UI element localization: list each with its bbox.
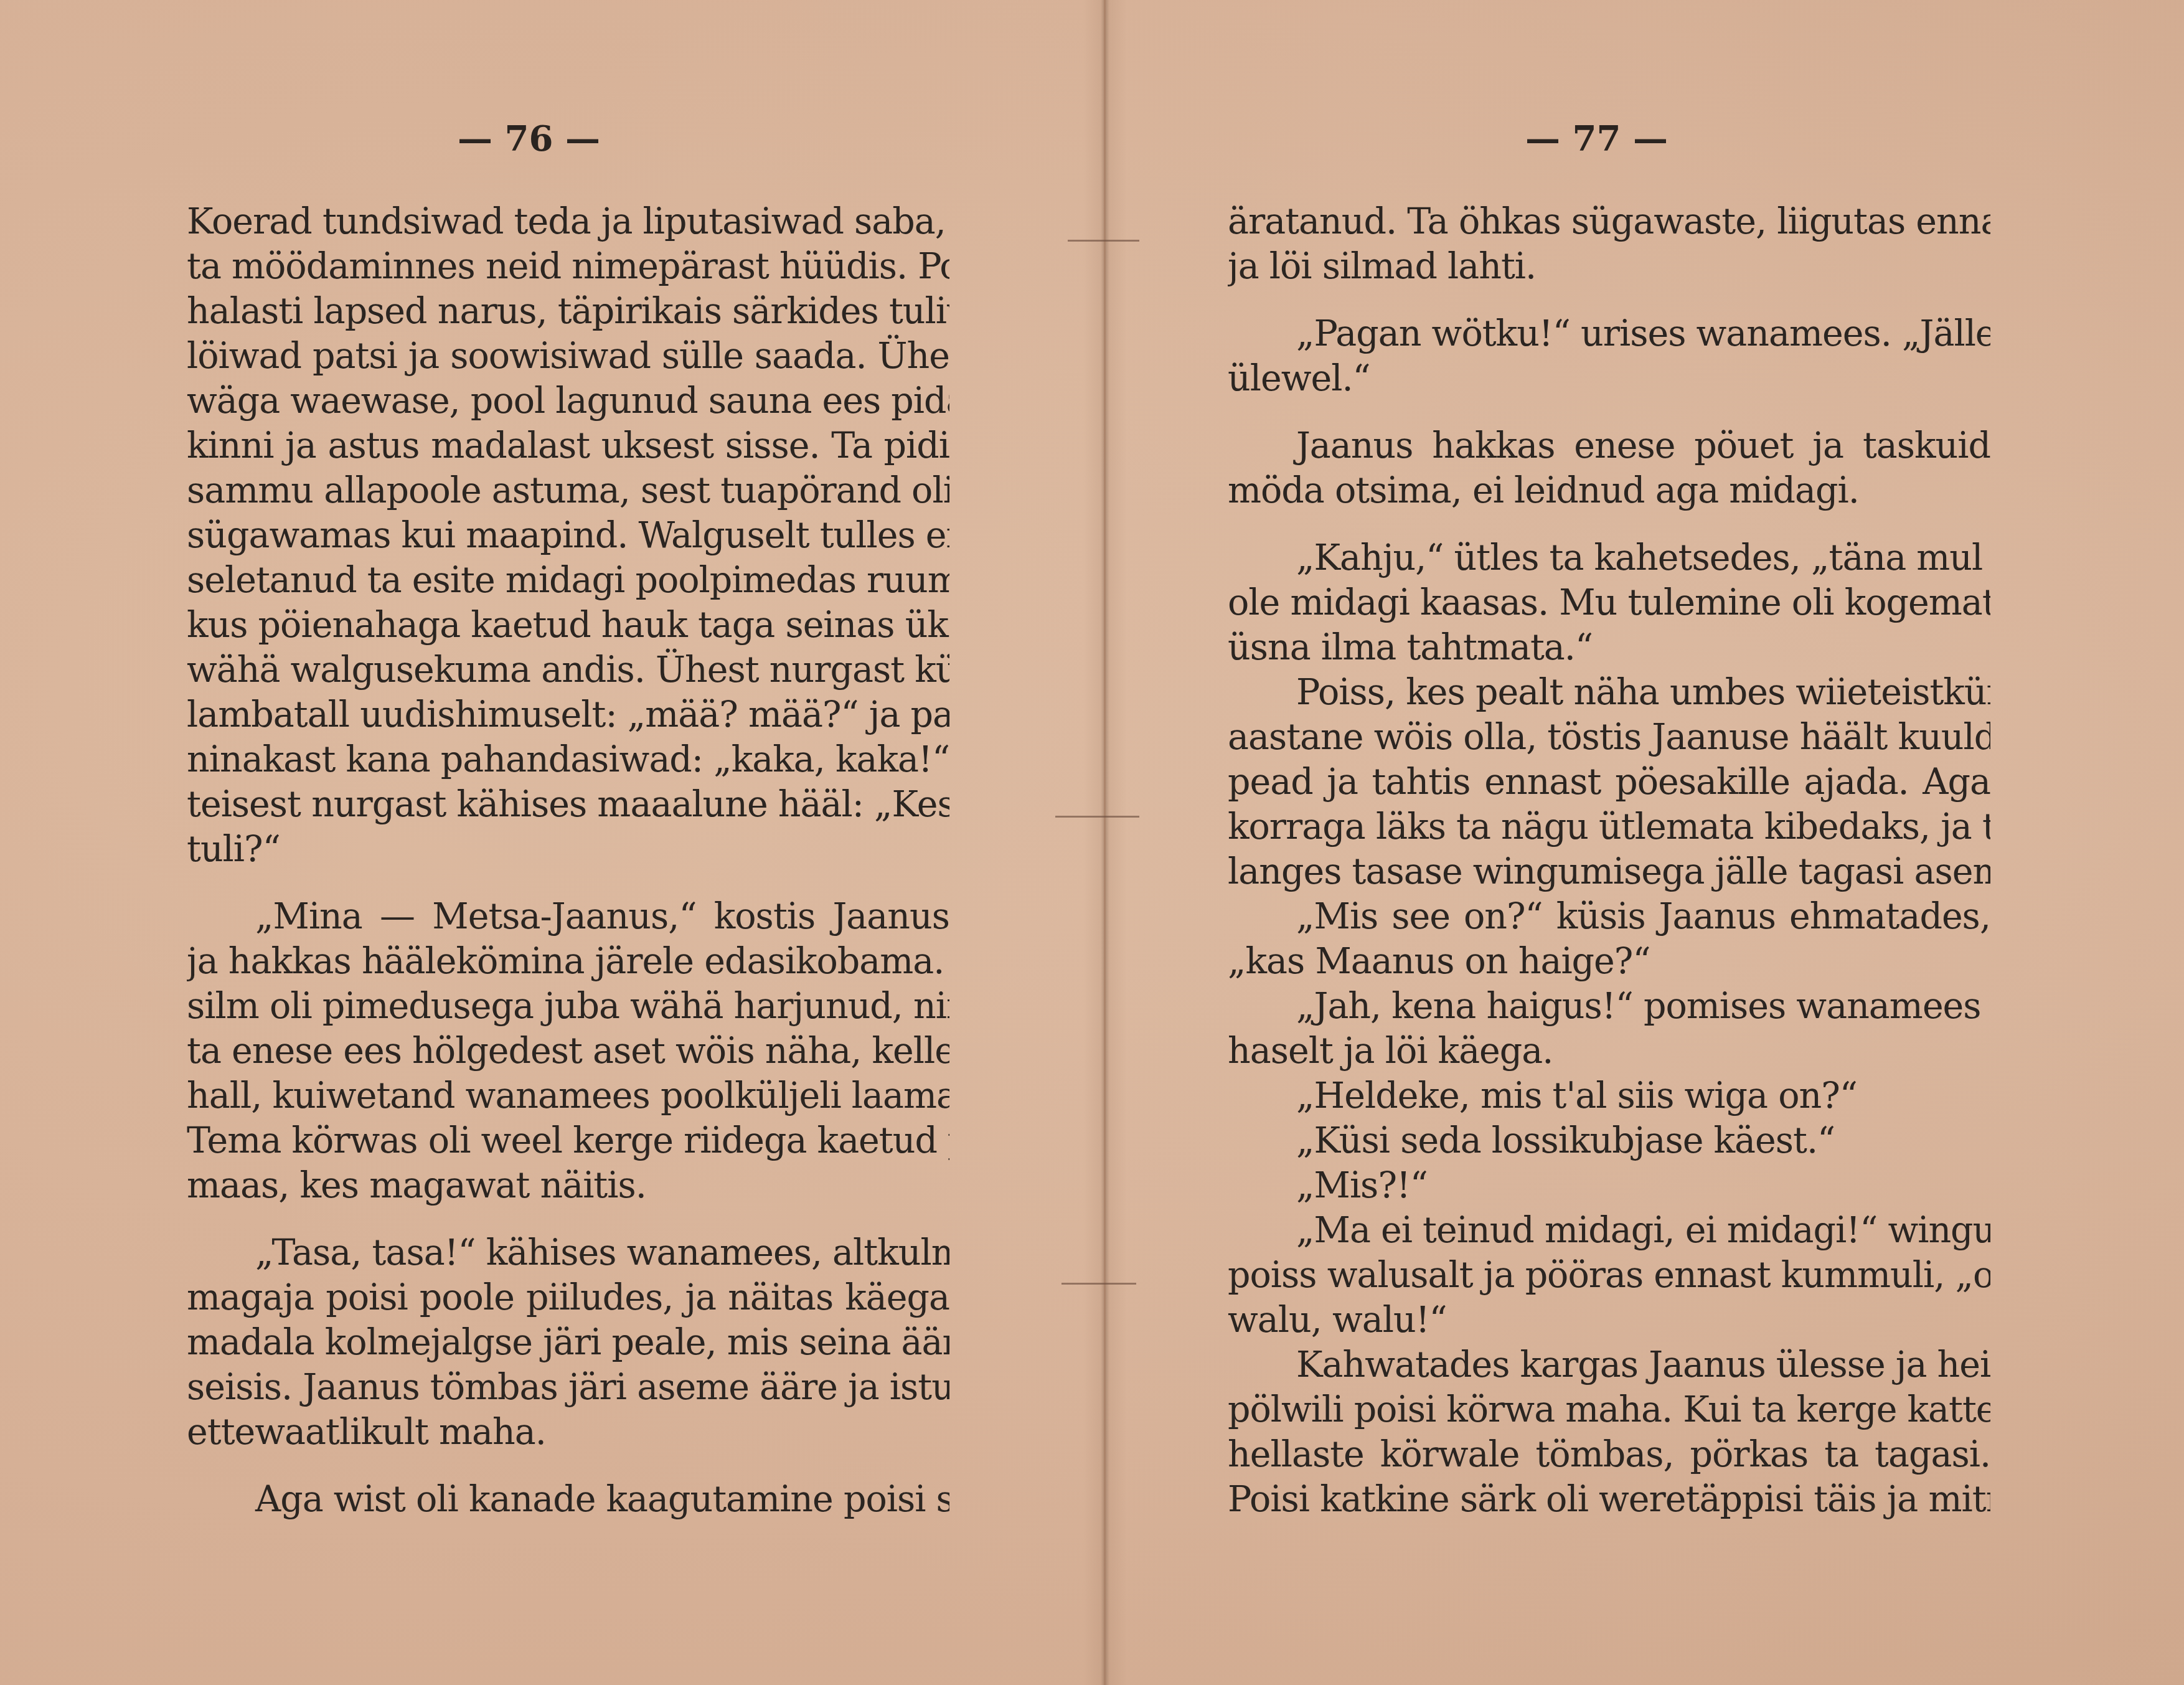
text-line: äratanud. Ta öhkas sügawaste, liigutas e… <box>1228 199 1990 244</box>
text-line: „Pagan wötku!“ urises wanamees. „Jälle <box>1228 311 1990 356</box>
text-line: Aga wist oli kanade kaagutamine poisi si… <box>187 1477 949 1522</box>
paragraph-gap <box>1228 289 1990 311</box>
text-line: sügawamas kui maapind. Walguselt tulles … <box>187 513 949 558</box>
right-page: — 77 — äratanud. Ta öhkas sügawaste, lii… <box>1127 0 2184 1685</box>
text-line: möda otsima, ei leidnud aga midagi. <box>1228 468 1990 513</box>
text-line: maas, kes magawat näitis. <box>187 1163 949 1208</box>
text-line: halasti lapsed narus, täpirikais särkide… <box>187 289 949 334</box>
text-line: silm oli pimedusega juba wähä harjunud, … <box>187 984 949 1029</box>
page-number: — 77 — <box>1525 118 1668 159</box>
text-line: üsna ilma tahtmata.“ <box>1228 625 1990 670</box>
text-line: tuli?“ <box>187 827 949 872</box>
text-line: „Tasa, tasa!“ kähises wanamees, altkulmu <box>187 1230 949 1275</box>
text-line: hall, kuiwetand wanamees poolküljeli laa… <box>187 1074 949 1118</box>
text-line: ja hakkas häälekömina järele edasikobama… <box>187 939 949 984</box>
text-line: Tema körwas oli weel kerge riidega kaetu… <box>187 1118 949 1163</box>
paragraph-gap <box>187 872 949 894</box>
left-page: — 76 — Koerad tundsiwad teda ja liputasi… <box>0 0 1083 1685</box>
text-line: „Ma ei teinud midagi, ei midagi!“ wingus <box>1228 1208 1990 1253</box>
text-line: „Kahju,“ ütles ta kahetsedes, „täna mul … <box>1228 536 1990 580</box>
text-line: kus pöienahaga kaetud hauk taga seinas ü… <box>187 603 949 648</box>
text-line: ta möödaminnes neid nimepärast hüüdis. P… <box>187 244 949 289</box>
text-line: „Küsi seda lossikubjase käest.“ <box>1228 1118 1990 1163</box>
text-line: lambatall uudishimuselt: „mää? mää?“ ja … <box>187 692 949 737</box>
text-line: seisis. Jaanus tömbas järi aseme ääre ja… <box>187 1365 949 1410</box>
text-line: löiwad patsi ja soowisiwad sülle saada. … <box>187 334 949 379</box>
text-line: haselt ja löi käega. <box>1228 1029 1990 1074</box>
text-line: Jaanus hakkas enese pöuet ja taskuid <box>1228 423 1990 468</box>
text-line: poiss walusalt ja pööras ennast kummuli,… <box>1228 1253 1990 1298</box>
text-line: walu, walu!“ <box>1228 1298 1990 1343</box>
text-line: hellaste körwale tömbas, pörkas ta tagas… <box>1228 1432 1990 1477</box>
text-line: wähä walgusekuma andis. Ühest nurgast kü… <box>187 648 949 692</box>
text-line: Koerad tundsiwad teda ja liputasiwad sab… <box>187 199 949 244</box>
text-line: „kas Maanus on haige?“ <box>1228 939 1990 984</box>
text-line: ninakast kana pahandasiwad: „kaka, kaka!… <box>187 737 949 782</box>
text-line: seletanud ta esite midagi poolpimedas ru… <box>187 558 949 603</box>
text-line: Kahwatades kargas Jaanus ülesse ja heiti… <box>1228 1343 1990 1387</box>
text-line: wäga waewase, pool lagunud sauna ees pid… <box>187 379 949 423</box>
text-line: „Mis?!“ <box>1228 1163 1990 1208</box>
text-line: aastane wöis olla, töstis Jaanuse häält … <box>1228 715 1990 760</box>
page-body-text: Koerad tundsiwad teda ja liputasiwad sab… <box>187 199 949 1522</box>
paragraph-gap <box>1228 513 1990 536</box>
text-line: langes tasase wingumisega jälle tagasi a… <box>1228 849 1990 894</box>
text-line: „Jah, kena haigus!“ pomises wanamees wi- <box>1228 984 1990 1029</box>
text-line: magaja poisi poole piiludes, ja näitas k… <box>187 1275 949 1320</box>
paragraph-gap <box>187 1455 949 1477</box>
text-line: „Heldeke, mis t'al siis wiga on?“ <box>1228 1074 1990 1118</box>
text-line: ta enese ees hölgedest aset wöis näha, k… <box>187 1029 949 1074</box>
book-spread: — 76 — Koerad tundsiwad teda ja liputasi… <box>0 0 2184 1685</box>
text-line: pölwili poisi körwa maha. Kui ta kerge k… <box>1228 1387 1990 1432</box>
text-line: sammu allapoole astuma, sest tuapörand o… <box>187 468 949 513</box>
text-line: korraga läks ta nägu ütlemata kibedaks, … <box>1228 805 1990 849</box>
paragraph-gap <box>187 1208 949 1230</box>
text-line: ettewaatlikult maha. <box>187 1410 949 1455</box>
text-line: teisest nurgast kähises maaalune hääl: „… <box>187 782 949 827</box>
text-line: ülewel.“ <box>1228 356 1990 401</box>
page-number: — 76 — <box>458 118 600 159</box>
text-line: ole midagi kaasas. Mu tulemine oli kogem… <box>1228 580 1990 625</box>
text-line: madala kolmejalgse järi peale, mis seina… <box>187 1320 949 1365</box>
paragraph-gap <box>1228 401 1990 423</box>
text-line: Poisi katkine särk oli weretäppisi täis … <box>1228 1477 1990 1522</box>
text-line: ja löi silmad lahti. <box>1228 244 1990 289</box>
text-line: „Mina — Metsa-Jaanus,“ kostis Jaanus <box>187 894 949 939</box>
book-spine-fold <box>1104 0 1106 1685</box>
text-line: kinni ja astus madalast uksest sisse. Ta… <box>187 423 949 468</box>
text-line: pead ja tahtis ennast pöesakille ajada. … <box>1228 760 1990 805</box>
page-body-text: äratanud. Ta öhkas sügawaste, liigutas e… <box>1228 199 1990 1522</box>
text-line: Poiss, kes pealt näha umbes wiieteistküm… <box>1228 670 1990 715</box>
text-line: „Mis see on?“ küsis Jaanus ehmatades, <box>1228 894 1990 939</box>
